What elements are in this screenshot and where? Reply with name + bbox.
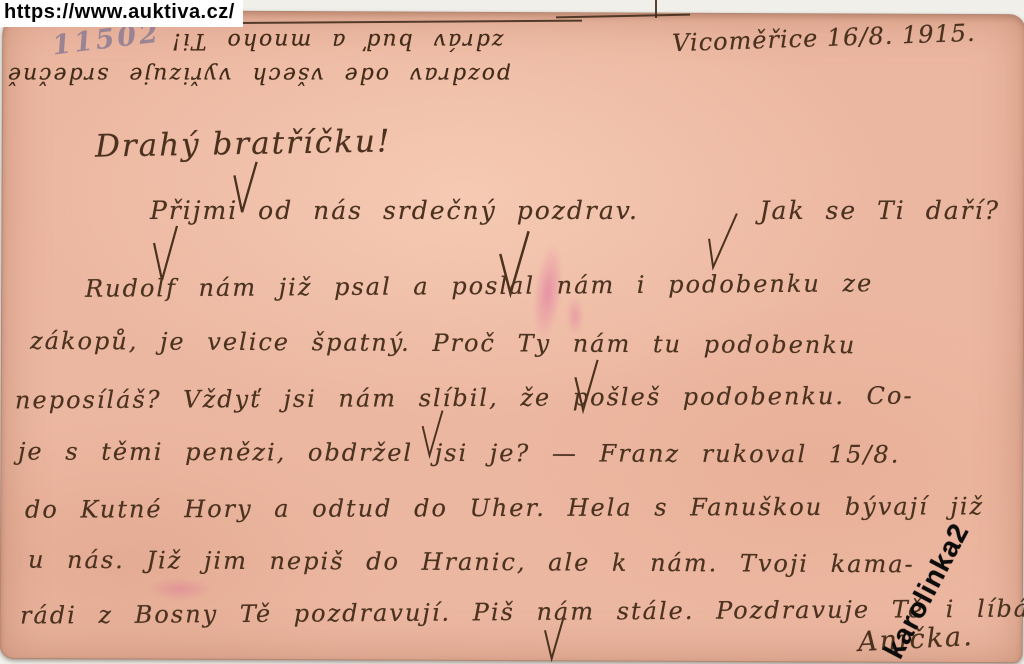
ink-flourish	[572, 356, 602, 414]
body-line: Rudolf nám již psal a poslal nám i podob…	[85, 269, 873, 303]
ink-flourish	[540, 612, 570, 662]
body-line: u nás. Již jim nepiš do Hranic, ale k ná…	[28, 546, 915, 579]
body-line: zákopů, je velice špatný. Proč Ty nám tu…	[30, 327, 856, 359]
ink-flourish	[498, 228, 532, 298]
greeting-line: Přijmi od nás srdečný pozdrav. Jak se Ti…	[150, 196, 1000, 225]
scanned-postcard-screenshot: 11502 zdráv buď a mnoho Ti! pozdrav ode …	[0, 0, 1024, 664]
inverted-note-line-1: zdráv buď a mnoho Ti!	[170, 28, 503, 53]
ink-flourish	[420, 406, 446, 460]
greeting-right: Jak se Ti daří?	[760, 196, 1000, 225]
source-url-watermark: https://www.auktiva.cz/	[0, 0, 243, 27]
body-line: do Kutné Hory a odtud do Uher. Hela s Fa…	[25, 492, 984, 523]
censor-stamp-mark	[148, 578, 212, 600]
greeting-left: Přijmi od nás srdečný pozdrav.	[150, 196, 639, 225]
inverted-note-line-2: pozdrav ode všech vyřizuje srdečně	[6, 62, 511, 87]
body-line: je s těmi penězi, obdržel jsi je? — Fran…	[18, 437, 900, 468]
ink-flourish	[152, 222, 182, 284]
body-line: neposíláš? Vždyť jsi nám slíbil, že pošl…	[15, 382, 914, 415]
ink-flourish	[228, 158, 264, 216]
pen-stroke-tick	[655, 0, 657, 18]
